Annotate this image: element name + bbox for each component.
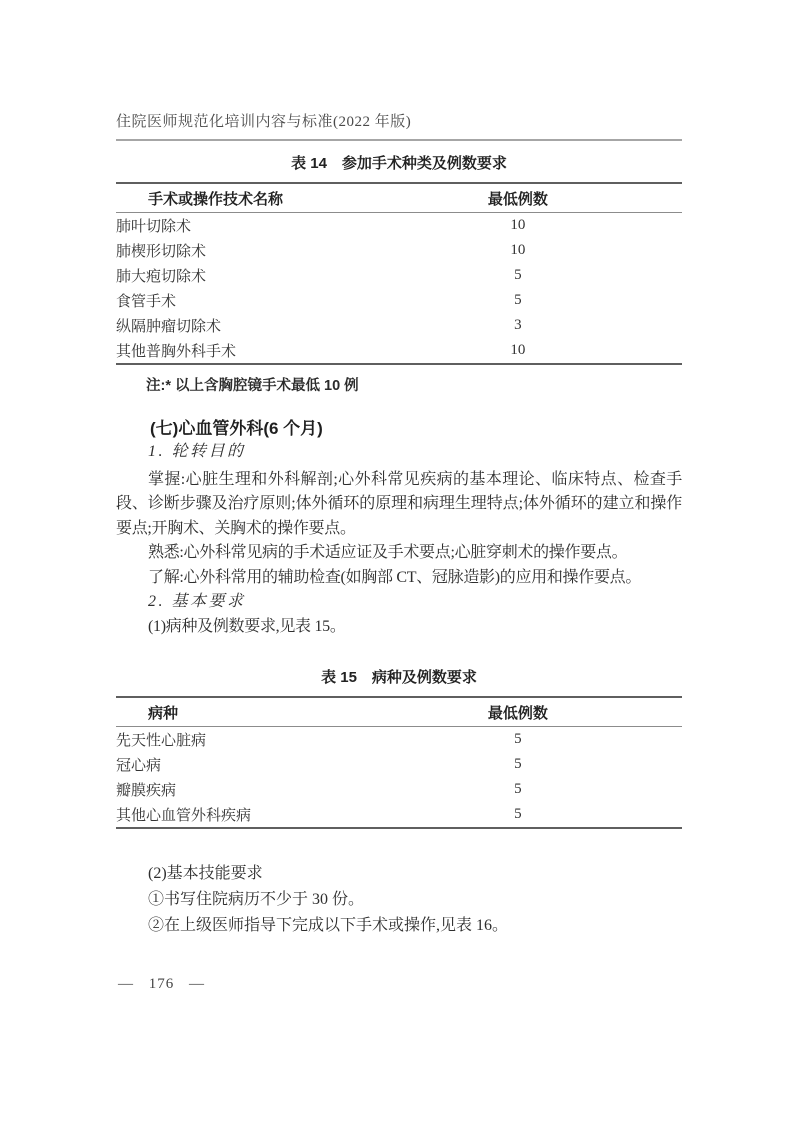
table14-body: 肺叶切除术 10 肺楔形切除术 10 肺大疱切除术 5 食管手术 5 纵隔肿瘤切… xyxy=(116,213,682,365)
paragraph-familiar: 熟悉:心外科常见病的手术适应证及手术要点;心脏穿刺术的操作要点。 xyxy=(116,541,682,566)
paragraph-grasp: 掌握:心脏生理和外科解剖;心外科常见疾病的基本理论、临床特点、检查手段、诊断步骤… xyxy=(116,468,682,542)
table15-body: 先天性心脏病 5 冠心病 5 瓣膜疾病 5 其他心血管外科疾病 5 xyxy=(116,727,682,829)
table-row: 肺叶切除术 10 xyxy=(116,213,682,239)
page-content: 住院医师规范化培训内容与标准(2022 年版) 表 14 参加手术种类及例数要求… xyxy=(0,0,800,939)
table-row: 其他心血管外科疾病 5 xyxy=(116,802,682,828)
disease-name-cell: 其他心血管外科疾病 xyxy=(116,802,354,828)
table-header-row: 手术或操作技术名称 最低例数 xyxy=(116,183,682,213)
table-row: 肺楔形切除术 10 xyxy=(116,238,682,263)
rotation-purpose-heading: 1. 轮转目的 xyxy=(116,440,682,465)
disease-name-cell: 先天性心脏病 xyxy=(116,727,354,753)
table-row: 瓣膜疾病 5 xyxy=(116,777,682,802)
procedure-name-cell: 食管手术 xyxy=(116,288,354,313)
table14-header: 手术或操作技术名称 最低例数 xyxy=(116,183,682,213)
min-cases-cell: 10 xyxy=(354,238,682,263)
table-row: 纵隔肿瘤切除术 3 xyxy=(116,313,682,338)
min-cases-cell: 5 xyxy=(354,752,682,777)
column-header-disease: 病种 xyxy=(116,697,354,727)
document-page: 住院医师规范化培训内容与标准(2022 年版) 表 14 参加手术种类及例数要求… xyxy=(0,0,800,1131)
procedure-name-cell: 纵隔肿瘤切除术 xyxy=(116,313,354,338)
running-header: 住院医师规范化培训内容与标准(2022 年版) xyxy=(116,0,682,141)
min-cases-cell: 5 xyxy=(354,288,682,313)
min-cases-cell: 10 xyxy=(354,213,682,239)
basic-skills-heading: (2)基本技能要求 xyxy=(116,861,682,887)
table-row: 冠心病 5 xyxy=(116,752,682,777)
procedure-name-cell: 其他普胸外科手术 xyxy=(116,338,354,364)
disease-name-cell: 冠心病 xyxy=(116,752,354,777)
running-header-title: 住院医师规范化培训内容与标准(2022 年版) xyxy=(116,114,411,130)
min-cases-cell: 5 xyxy=(354,802,682,828)
min-cases-cell: 5 xyxy=(354,263,682,288)
table15-disease-cases: 病种 最低例数 先天性心脏病 5 冠心病 5 瓣膜疾病 5 其他心血管外科疾病 … xyxy=(116,696,682,829)
table-row: 食管手术 5 xyxy=(116,288,682,313)
skills-item-2: ②在上级医师指导下完成以下手术或操作,见表 16。 xyxy=(116,913,682,939)
column-header-procedure-name: 手术或操作技术名称 xyxy=(116,183,354,213)
table14-title: 表 14 参加手术种类及例数要求 xyxy=(116,155,682,173)
section-heading-cardiovascular-surgery: (七)心血管外科(6 个月) xyxy=(116,418,682,440)
column-header-min-cases: 最低例数 xyxy=(354,183,682,213)
min-cases-cell: 3 xyxy=(354,313,682,338)
column-header-min-cases: 最低例数 xyxy=(354,697,682,727)
table-row: 肺大疱切除术 5 xyxy=(116,263,682,288)
procedure-name-cell: 肺叶切除术 xyxy=(116,213,354,239)
min-cases-cell: 5 xyxy=(354,777,682,802)
table-row: 其他普胸外科手术 10 xyxy=(116,338,682,364)
table15-header: 病种 最低例数 xyxy=(116,697,682,727)
procedure-name-cell: 肺楔形切除术 xyxy=(116,238,354,263)
page-number: — 176 — xyxy=(118,976,205,993)
paragraph-understand: 了解:心外科常用的辅助检查(如胸部 CT、冠脉造影)的应用和操作要点。 xyxy=(116,566,682,591)
disease-name-cell: 瓣膜疾病 xyxy=(116,777,354,802)
table-header-row: 病种 最低例数 xyxy=(116,697,682,727)
basic-skills-block: (2)基本技能要求 ①书写住院病历不少于 30 份。 ②在上级医师指导下完成以下… xyxy=(116,861,682,939)
table15-title: 表 15 病种及例数要求 xyxy=(116,669,682,687)
procedure-name-cell: 肺大疱切除术 xyxy=(116,263,354,288)
table-row: 先天性心脏病 5 xyxy=(116,727,682,753)
section-body: 1. 轮转目的 掌握:心脏生理和外科解剖;心外科常见疾病的基本理论、临床特点、检… xyxy=(116,440,682,639)
min-cases-cell: 10 xyxy=(354,338,682,364)
table14-note: 注:* 以上含胸腔镜手术最低 10 例 xyxy=(146,377,682,395)
skills-item-1: ①书写住院病历不少于 30 份。 xyxy=(116,887,682,913)
min-cases-cell: 5 xyxy=(354,727,682,753)
table14-surgery-cases: 手术或操作技术名称 最低例数 肺叶切除术 10 肺楔形切除术 10 肺大疱切除术… xyxy=(116,182,682,365)
basic-requirements-heading: 2. 基本要求 xyxy=(116,590,682,615)
case-requirement-line: (1)病种及例数要求,见表 15。 xyxy=(116,615,682,640)
